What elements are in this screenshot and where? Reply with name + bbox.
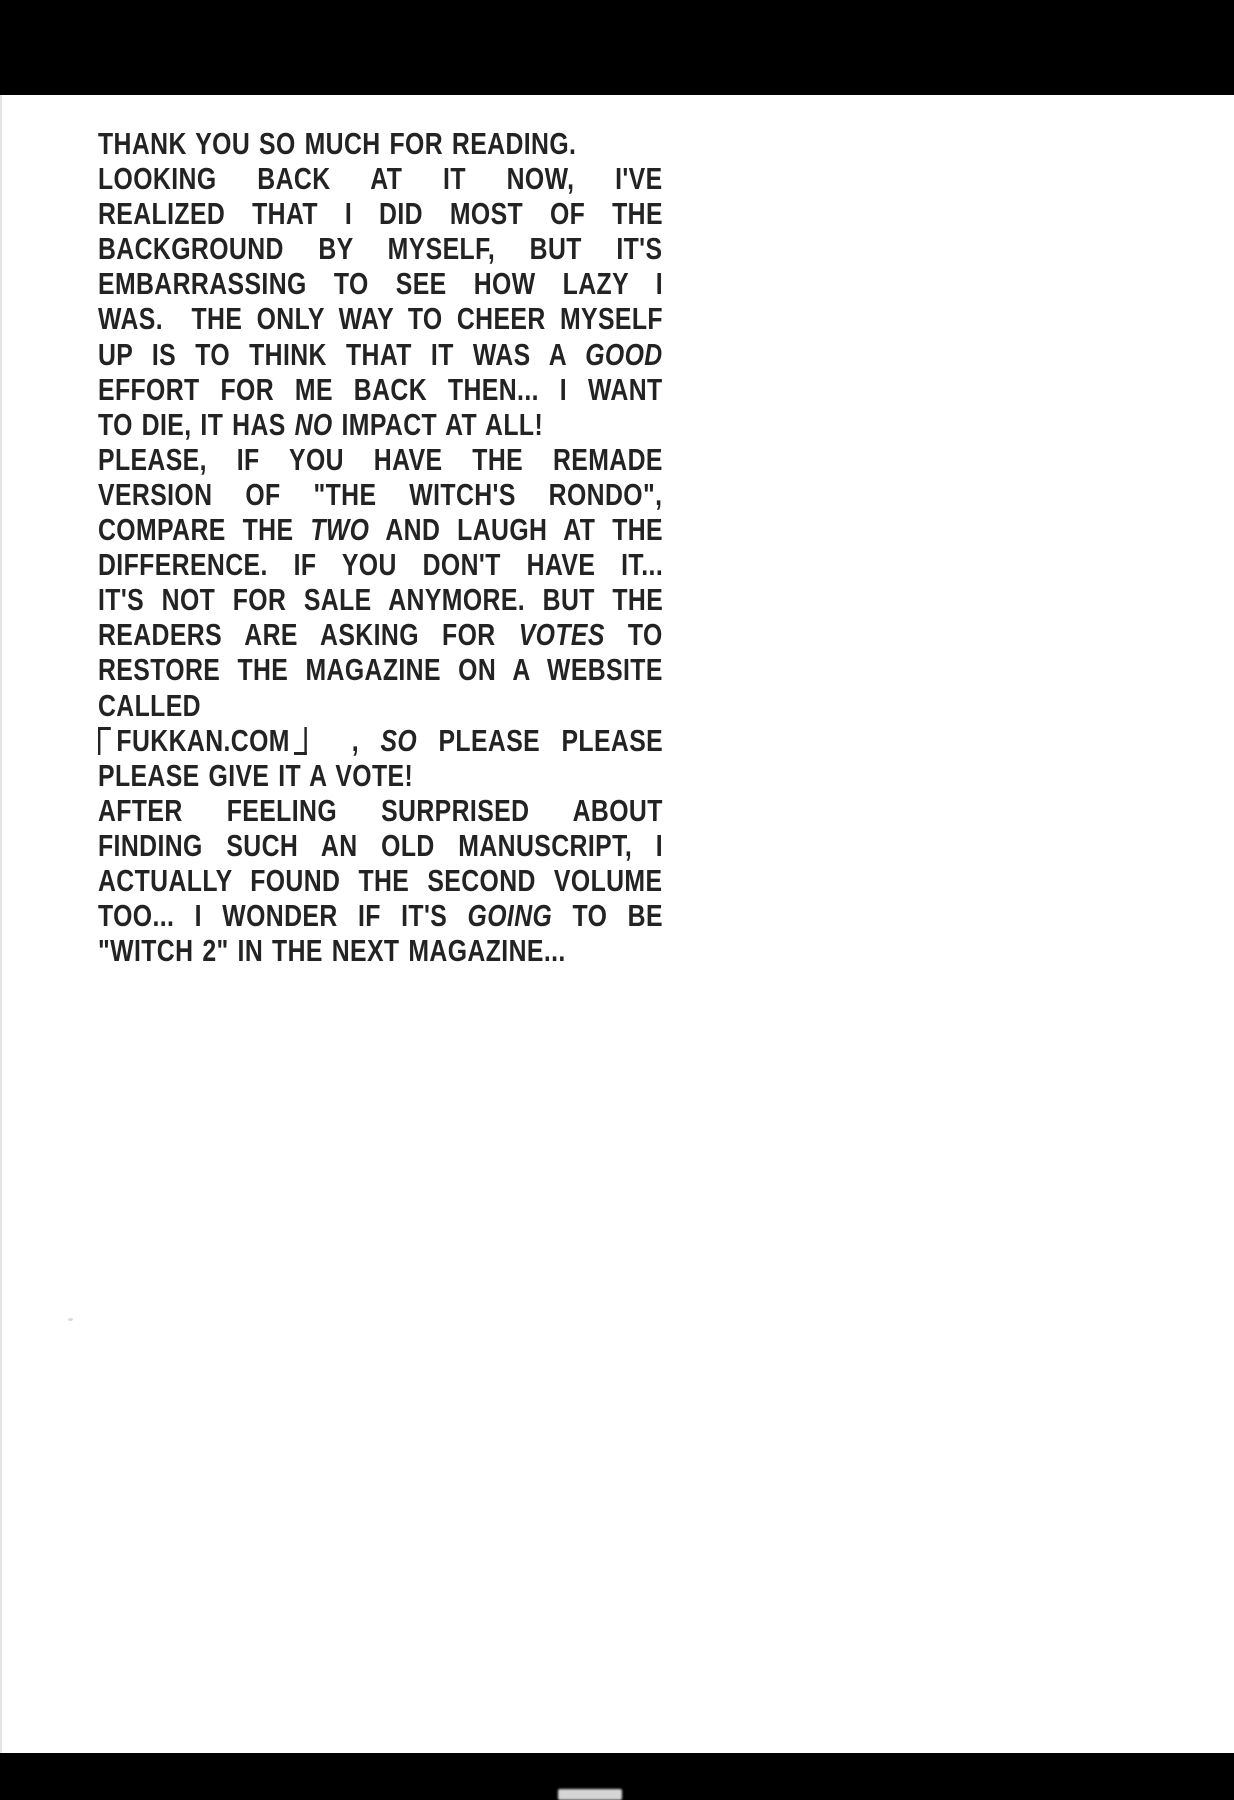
text-line-content: UP IS TO THINK THAT IT WAS A GOOD <box>98 337 663 372</box>
text-line: WAS. THE ONLY WAY TO CHEER MYSELF <box>98 301 663 336</box>
text-segment: LOOKING BACK AT IT NOW, I'VE <box>98 161 663 196</box>
text-segment: TOO... I WONDER IF IT'S <box>98 898 468 933</box>
text-segment: TWO <box>310 512 369 547</box>
text-line-content: PLEASE, IF YOU HAVE THE REMADE <box>98 442 663 477</box>
text-line-content: REALIZED THAT I DID MOST OF THE <box>98 196 663 231</box>
text-line: IT'S NOT FOR SALE ANYMORE. BUT THE <box>98 582 663 617</box>
text-line-content: WAS. THE ONLY WAY TO CHEER MYSELF <box>98 301 663 336</box>
scan-edge-artifact <box>0 95 2 1753</box>
text-line-content: LOOKING BACK AT IT NOW, I'VE <box>98 161 663 196</box>
text-segment: RESTORE THE MAGAZINE ON A WEBSITE <box>98 652 663 687</box>
text-segment: FUKKAN.COM <box>116 723 289 758</box>
text-segment: VERSION OF "THE WITCH'S RONDO", <box>98 477 662 512</box>
text-segment: SO <box>380 723 417 758</box>
text-segment: READERS ARE ASKING FOR <box>98 617 519 652</box>
text-segment: UP IS TO THINK THAT IT WAS A <box>98 337 585 372</box>
text-line: FINDING SUCH AN OLD MANUSCRIPT, I <box>98 828 663 863</box>
text-segment: IT'S NOT FOR SALE ANYMORE. BUT THE <box>98 582 663 617</box>
text-segment: BACKGROUND BY MYSELF, BUT IT'S <box>98 231 662 266</box>
text-line: LOOKING BACK AT IT NOW, I'VE <box>98 161 663 196</box>
text-segment: CALLED <box>98 688 201 723</box>
text-line: EFFORT FOR ME BACK THEN... I WANT <box>98 372 663 407</box>
text-line: UP IS TO THINK THAT IT WAS A GOOD <box>98 337 663 372</box>
text-segment: FINDING SUCH AN OLD MANUSCRIPT, I <box>98 828 663 863</box>
text-line: REALIZED THAT I DID MOST OF THE <box>98 196 663 231</box>
corner-bracket-open-icon <box>98 727 111 755</box>
text-segment: NO <box>295 407 333 442</box>
scan-border-top <box>0 0 1234 95</box>
text-line: DIFFERENCE. IF YOU DON'T HAVE IT... <box>98 547 663 582</box>
text-segment: PLEASE, IF YOU HAVE THE REMADE <box>98 442 663 477</box>
text-segment: TO <box>605 617 663 652</box>
text-segment: ACTUALLY FOUND THE SECOND VOLUME <box>98 863 662 898</box>
text-line: ACTUALLY FOUND THE SECOND VOLUME <box>98 863 663 898</box>
text-line: VERSION OF "THE WITCH'S RONDO", <box>98 477 663 512</box>
text-line-content: VERSION OF "THE WITCH'S RONDO", <box>98 477 662 512</box>
text-segment: , <box>309 723 380 758</box>
text-line: READERS ARE ASKING FOR VOTES TO <box>98 617 663 652</box>
text-line-content: "WITCH 2" IN THE NEXT MAGAZINE... <box>98 933 566 968</box>
text-line: FUKKAN.COM , SO PLEASE PLEASE <box>98 723 663 758</box>
page-number-smudge <box>558 1789 622 1800</box>
text-line: PLEASE, IF YOU HAVE THE REMADE <box>98 442 663 477</box>
text-line: EMBARRASSING TO SEE HOW LAZY I <box>98 266 663 301</box>
text-line: TOO... I WONDER IF IT'S GOING TO BE <box>98 898 663 933</box>
text-segment: PLEASE GIVE IT A VOTE! <box>98 758 413 793</box>
text-line: TO DIE, IT HAS NO IMPACT AT ALL! <box>98 407 663 442</box>
text-line: RESTORE THE MAGAZINE ON A WEBSITE <box>98 652 663 687</box>
text-line: "WITCH 2" IN THE NEXT MAGAZINE... <box>98 933 663 968</box>
text-segment: WAS. THE ONLY WAY TO CHEER MYSELF <box>98 301 663 336</box>
text-segment: PLEASE PLEASE <box>417 723 663 758</box>
afterword-text: THANK YOU SO MUCH FOR READING.LOOKING BA… <box>98 126 663 968</box>
text-segment: IMPACT AT ALL! <box>333 407 544 442</box>
text-line-content: ACTUALLY FOUND THE SECOND VOLUME <box>98 863 662 898</box>
text-line-content: TOO... I WONDER IF IT'S GOING TO BE <box>98 898 663 933</box>
text-segment: GOING <box>468 898 553 933</box>
text-segment: GOOD <box>585 337 662 372</box>
text-line: THANK YOU SO MUCH FOR READING. <box>98 126 663 161</box>
text-segment: VOTES <box>519 617 605 652</box>
text-segment: DIFFERENCE. IF YOU DON'T HAVE IT... <box>98 547 663 582</box>
text-segment: EMBARRASSING TO SEE HOW LAZY I <box>98 266 663 301</box>
text-line: AFTER FEELING SURPRISED ABOUT <box>98 793 663 828</box>
text-line-content: TO DIE, IT HAS NO IMPACT AT ALL! <box>98 407 543 442</box>
text-segment: REALIZED THAT I DID MOST OF THE <box>98 196 663 231</box>
text-line-content: FUKKAN.COM , SO PLEASE PLEASE <box>98 723 663 758</box>
text-segment: "WITCH 2" IN THE NEXT MAGAZINE... <box>98 933 566 968</box>
text-line-content: RESTORE THE MAGAZINE ON A WEBSITE <box>98 652 663 687</box>
text-segment: AND LAUGH AT THE <box>369 512 663 547</box>
text-segment: EFFORT FOR ME BACK THEN... I WANT <box>98 372 663 407</box>
text-line-content: AFTER FEELING SURPRISED ABOUT <box>98 793 663 828</box>
text-segment: TO DIE, IT HAS <box>98 407 295 442</box>
text-segment: COMPARE THE <box>98 512 310 547</box>
scan-speck-artifact <box>68 1318 73 1321</box>
text-line: PLEASE GIVE IT A VOTE! <box>98 758 663 793</box>
text-line-content: THANK YOU SO MUCH FOR READING. <box>98 126 576 161</box>
text-line-content: DIFFERENCE. IF YOU DON'T HAVE IT... <box>98 547 663 582</box>
text-line-content: PLEASE GIVE IT A VOTE! <box>98 758 413 793</box>
text-line-content: FINDING SUCH AN OLD MANUSCRIPT, I <box>98 828 663 863</box>
corner-bracket-close-icon <box>294 727 307 755</box>
text-line-content: EFFORT FOR ME BACK THEN... I WANT <box>98 372 663 407</box>
text-line-content: READERS ARE ASKING FOR VOTES TO <box>98 617 663 652</box>
text-line: CALLED <box>98 688 663 723</box>
text-segment: AFTER FEELING SURPRISED ABOUT <box>98 793 663 828</box>
text-segment: TO BE <box>552 898 663 933</box>
manga-page: THANK YOU SO MUCH FOR READING.LOOKING BA… <box>0 0 1234 1800</box>
text-line: BACKGROUND BY MYSELF, BUT IT'S <box>98 231 663 266</box>
text-line: COMPARE THE TWO AND LAUGH AT THE <box>98 512 663 547</box>
text-line-content: CALLED <box>98 688 201 723</box>
text-line-content: IT'S NOT FOR SALE ANYMORE. BUT THE <box>98 582 663 617</box>
text-line-content: COMPARE THE TWO AND LAUGH AT THE <box>98 512 663 547</box>
text-segment: THANK YOU SO MUCH FOR READING. <box>98 126 576 161</box>
text-line-content: BACKGROUND BY MYSELF, BUT IT'S <box>98 231 662 266</box>
text-line-content: EMBARRASSING TO SEE HOW LAZY I <box>98 266 663 301</box>
